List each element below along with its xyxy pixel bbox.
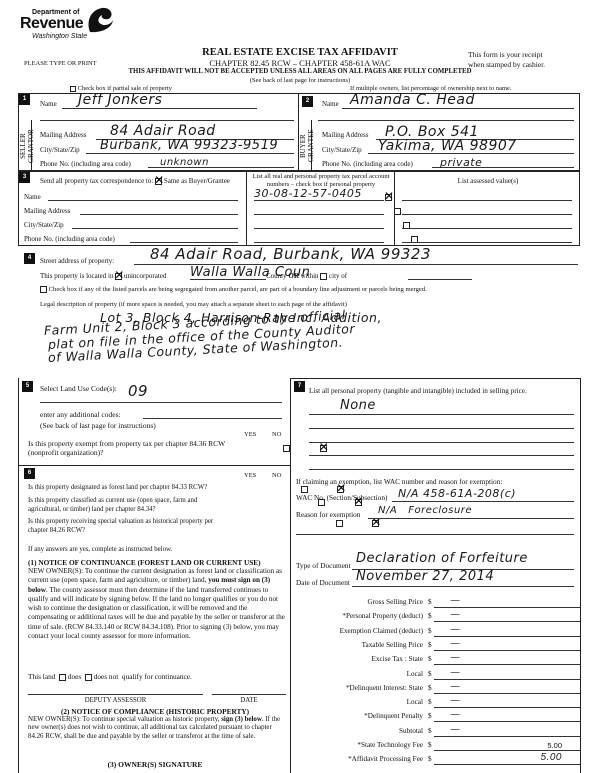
lower-left-border <box>18 378 19 773</box>
fee-row: Taxable Selling Price$— <box>300 641 580 653</box>
fee-value[interactable]: — <box>450 638 461 649</box>
wac-line <box>392 501 574 502</box>
buyer-phone-label: Phone No. (including area code) <box>322 160 413 168</box>
fee-input-line[interactable] <box>434 750 580 751</box>
buyer-phone-field[interactable]: private <box>440 156 482 169</box>
exemption-label: If claiming an exemption, list WAC numbe… <box>296 477 502 486</box>
fee-input-line[interactable] <box>434 636 580 637</box>
doc-type-label: Type of Document <box>296 561 351 570</box>
assessed-line-3[interactable] <box>402 228 572 229</box>
section-2-badge: 2 <box>302 96 313 107</box>
unincorporated-label: unincorporated <box>124 272 166 280</box>
dollar-sign: $ <box>428 670 432 678</box>
logo-line-2: Revenue <box>20 15 83 33</box>
form-title: REAL ESTATE EXCISE TAX AFFIDAVIT <box>150 47 450 58</box>
instructions-note: (See back of last page for instructions) <box>150 77 450 84</box>
fee-row: Gross Selling Price$— <box>300 598 580 610</box>
forest-no-checkbox[interactable] <box>337 486 344 493</box>
form-chapter: CHAPTER 82.45 RCW – CHAPTER 458-61A WAC <box>150 58 450 68</box>
doc-type-field[interactable]: Declaration of Forfeiture <box>356 551 528 566</box>
buyer-mailing-label: Mailing Address <box>322 131 368 139</box>
corr-phone-line[interactable] <box>130 242 238 243</box>
forest-yes-checkbox[interactable] <box>301 486 308 493</box>
notice-2-body: NEW OWNER(S): To continue special valuat… <box>28 716 286 741</box>
fee-label: Taxable Selling Price <box>362 641 423 649</box>
send-correspondence-label: Send all property tax correspondence to: <box>40 177 153 185</box>
deputy-assessor-label: DEPUTY ASSESSOR <box>28 697 203 704</box>
fee-label: Subtotal <box>399 727 423 735</box>
parcels-header: List all real and personal property tax … <box>248 173 394 188</box>
assessed-line-1[interactable] <box>402 200 572 201</box>
doc-date-field[interactable]: November 27, 2014 <box>356 569 494 584</box>
fee-value[interactable]: — <box>450 595 461 606</box>
section-4-badge: 4 <box>24 253 35 264</box>
fee-label: Gross Selling Price <box>368 598 424 606</box>
seller-name-label: Name <box>40 100 57 108</box>
or-label: OR <box>288 272 299 280</box>
forest-land-question: Is this property designated as forest la… <box>28 484 248 491</box>
fee-input-line[interactable] <box>434 693 580 694</box>
wac-field[interactable]: N/A 458-61A-208(c) <box>398 487 516 500</box>
fee-label: Excise Tax : State <box>372 655 423 663</box>
warning-banner: THIS AFFIDAVIT WILL NOT BE ACCEPTED UNLE… <box>40 68 560 75</box>
additional-codes-line[interactable] <box>143 418 282 419</box>
dollar-sign: $ <box>428 612 432 620</box>
receipt-note-1: This form is your receipt <box>468 50 543 59</box>
seller-city-field[interactable]: Burbank, WA 99323-9519 <box>100 138 278 153</box>
land-use-yes-header: YES <box>244 431 256 438</box>
fee-value[interactable]: — <box>450 609 461 620</box>
land-use-line <box>40 402 282 403</box>
segregated-row: Check box if any of the listed parcels a… <box>40 286 427 293</box>
dollar-sign: $ <box>428 741 432 749</box>
segregated-checkbox[interactable] <box>40 286 47 293</box>
dor-swirl-icon <box>84 6 114 34</box>
fee-row: *Personal Property (deduct)$— <box>300 612 580 624</box>
doc-date-line <box>352 586 574 587</box>
section-7-badge: 7 <box>294 381 305 392</box>
deputy-date-line[interactable] <box>212 694 286 695</box>
assessed-header: List assessed value(s) <box>396 177 580 185</box>
historic-no-checkbox[interactable] <box>372 520 379 527</box>
lower-top-rule <box>290 378 580 379</box>
fee-input-line[interactable] <box>434 736 580 737</box>
parcel-personal-checkbox-2[interactable] <box>394 208 401 215</box>
legal-description-label: Legal description of property (if more s… <box>40 301 347 308</box>
fee-input-line[interactable] <box>434 764 580 765</box>
seller-mailing-label: Mailing Address <box>40 131 86 139</box>
section-6-rule <box>18 465 290 466</box>
dollar-sign: $ <box>428 598 432 606</box>
section-6-badge: 6 <box>24 468 35 479</box>
designation-no-header: NO <box>272 472 281 479</box>
fee-input-line[interactable] <box>434 707 580 708</box>
fee-value[interactable]: — <box>450 681 461 692</box>
wac-label: WAC No. (Section/Subsection) <box>296 493 387 502</box>
fee-input-line[interactable] <box>434 621 580 622</box>
parcel-line-2[interactable] <box>254 214 384 215</box>
city-of-line[interactable] <box>408 279 472 280</box>
personal-property-line-1 <box>309 414 574 415</box>
partial-sale-checkbox-row: Check box if partial sale of property <box>70 85 172 92</box>
partial-sale-checkbox[interactable] <box>70 86 76 92</box>
notice-1-title: (1) NOTICE OF CONTINUANCE (FOREST LAND O… <box>28 558 261 567</box>
parcels-divider <box>246 171 247 246</box>
personal-property-line-3[interactable] <box>309 442 574 443</box>
dor-logo: Department of Revenue Washington State <box>20 6 110 46</box>
dollar-sign: $ <box>428 684 432 692</box>
fee-value[interactable]: 5.00 <box>547 741 562 750</box>
fee-row: Subtotal$— <box>300 727 580 739</box>
section-3-badge: 3 <box>19 172 30 183</box>
county-suffix-row: County OR within city of <box>266 272 347 280</box>
seller-phone-label: Phone No. (including area code) <box>40 160 131 168</box>
dollar-sign: $ <box>428 712 432 720</box>
fee-input-line[interactable] <box>434 679 580 680</box>
dollar-sign: $ <box>428 627 432 635</box>
exempt-question: Is this property exempt from property ta… <box>28 439 228 457</box>
current-use-question: Is this property classified as current u… <box>28 496 228 514</box>
continuance-row: This land does does not qualify for cont… <box>28 672 192 681</box>
does-not-qualify-checkbox[interactable] <box>85 674 92 681</box>
buyer-name-field[interactable]: Amanda C. Head <box>350 92 475 108</box>
personal-property-line-5[interactable] <box>309 469 574 470</box>
fee-row: Local$— <box>300 670 580 682</box>
lower-divider <box>290 378 291 773</box>
fee-value[interactable]: — <box>450 624 461 635</box>
city-of-label: city of <box>329 272 347 280</box>
doc-date-label: Date of Document <box>296 578 350 587</box>
fee-label: Local <box>407 698 423 706</box>
parcel-line-3[interactable] <box>254 228 384 229</box>
unincorporated-checkbox[interactable] <box>115 273 122 280</box>
fee-row: Local$— <box>300 698 580 710</box>
fee-value[interactable]: 5.00 <box>541 752 562 763</box>
dollar-sign: $ <box>428 698 432 706</box>
buyer-city-field[interactable]: Yakima, WA 98907 <box>378 138 517 154</box>
buyer-name-label: Name <box>322 100 339 108</box>
same-as-buyer-checkbox[interactable] <box>155 178 162 185</box>
fee-row: Excise Tax : State$— <box>300 655 580 667</box>
seller-name-field[interactable]: Jeff Jonkers <box>78 92 162 108</box>
corr-city-line[interactable] <box>72 228 238 229</box>
fee-input-line[interactable] <box>434 664 580 665</box>
notice-1-body: NEW OWNER(S): To continue the current de… <box>28 567 286 641</box>
section-5-badge: 5 <box>22 381 33 392</box>
corr-city-label: City/State/Zip <box>24 221 64 229</box>
fee-row: *Delinquent Penalty$— <box>300 712 580 724</box>
lower-right-border <box>580 378 581 773</box>
fee-input-line[interactable] <box>434 650 580 651</box>
county-suffix: County <box>266 272 287 280</box>
seller-city-label: City/State/Zip <box>40 146 80 154</box>
buyer-name-line <box>342 108 574 109</box>
deputy-date-label: DATE <box>212 697 286 704</box>
fee-label: *Delinquent Interest: State <box>346 684 423 692</box>
reason-line-2[interactable] <box>296 534 574 535</box>
type-or-print-note: PLEASE TYPE OR PRINT <box>24 60 97 67</box>
does-not-label: does not <box>94 672 119 681</box>
buyer-city-label: City/State/Zip <box>322 146 362 154</box>
fee-label: *Delinquent Penalty <box>364 712 423 720</box>
dollar-sign: $ <box>428 641 432 649</box>
fee-row: *State Technology Fee$5.00 <box>300 741 580 753</box>
notice-2-title: (2) NOTICE OF COMPLIANCE (HISTORIC PROPE… <box>24 707 286 716</box>
fee-row: Exemption Claimed (deduct)$— <box>300 627 580 639</box>
multiple-owners-note: If multiple owners, list percentage of o… <box>350 85 512 92</box>
land-use-label: Select Land Use Code(s): <box>40 384 117 393</box>
buyer-name-line-2 <box>318 120 574 121</box>
exempt-yes-checkbox[interactable] <box>283 445 290 452</box>
fee-input-line[interactable] <box>434 607 580 608</box>
dollar-sign: $ <box>428 727 432 735</box>
fee-value[interactable]: — <box>450 652 461 663</box>
fee-label: *Personal Property (deduct) <box>342 612 423 620</box>
partial-sale-label: Check box if partial sale of property <box>78 85 172 92</box>
fee-input-line[interactable] <box>434 721 580 722</box>
same-as-buyer-label: Same as Buyer/Grantee <box>164 177 230 185</box>
street-field[interactable]: 84 Adair Road, Burbank, WA 99323 <box>150 245 431 263</box>
logo-line-3: Washington State <box>32 33 87 40</box>
section-1-badge: 1 <box>19 94 30 105</box>
land-use-see-back: (See back of last page for instructions) <box>40 421 156 430</box>
corr-name-line[interactable] <box>48 200 238 201</box>
within-label: within <box>301 272 319 280</box>
personal-property-label: List all personal property (tangible and… <box>309 384 569 398</box>
qualify-label: qualify for continuance. <box>122 672 192 681</box>
parcel-personal-checkbox-1[interactable] <box>385 194 392 201</box>
seller-phone-field[interactable]: unknown <box>160 157 209 168</box>
reason-field[interactable]: N/A Foreclosure <box>378 505 472 516</box>
assessed-line-4[interactable] <box>402 242 572 243</box>
fee-row: *Delinquent Interest: State$— <box>300 684 580 696</box>
seller-city-line <box>86 153 294 154</box>
corr-phone-label: Phone No. (including area code) <box>24 235 115 243</box>
designation-yes-header: YES <box>244 472 256 479</box>
seller-side-label: SELLERGRANTOR <box>19 124 35 168</box>
fee-label: *State Technology Fee <box>357 741 423 749</box>
dollar-sign: $ <box>428 755 432 763</box>
fee-row: *Affidavit Processing Fee$5.00 <box>300 755 580 767</box>
reason-line <box>368 518 574 519</box>
seller-name-line <box>62 108 257 109</box>
parcel-line-1 <box>254 200 384 201</box>
if-yes-note: If any answers are yes, complete as inst… <box>28 546 172 553</box>
seller-mailing-field[interactable]: 84 Adair Road <box>110 123 216 139</box>
this-land-label: This land <box>28 672 55 681</box>
corr-mailing-label: Mailing Address <box>24 207 70 215</box>
dollar-sign: $ <box>428 655 432 663</box>
exempt-no-checkbox[interactable] <box>320 445 327 452</box>
deputy-signature-line[interactable] <box>28 694 203 695</box>
land-use-code-field[interactable]: 09 <box>128 382 148 400</box>
additional-codes-label: enter any additional codes: <box>40 410 121 419</box>
corr-name-label: Name <box>24 193 41 201</box>
seller-name-line-2 <box>40 120 294 121</box>
located-row: This property is located in unincorporat… <box>40 272 166 280</box>
parcel-line-4[interactable] <box>254 242 384 243</box>
land-use-no-header: NO <box>272 431 281 438</box>
corr-mailing-line[interactable] <box>80 214 238 215</box>
historic-yes-checkbox[interactable] <box>336 520 343 527</box>
does-label: does <box>68 672 81 681</box>
owner-signature-title: (3) OWNER(S) SIGNATURE <box>24 760 286 769</box>
historic-question: Is this property receiving special valua… <box>28 517 228 535</box>
personal-property-line-2[interactable] <box>309 428 574 429</box>
does-qualify-checkbox[interactable] <box>59 674 66 681</box>
buyer-side-label: BUYERGRANTEE <box>299 124 315 168</box>
personal-property-line-4[interactable] <box>309 455 574 456</box>
fee-value[interactable]: — <box>450 695 461 706</box>
located-label: This property is located in <box>40 272 113 280</box>
segregated-label: Check box if any of the listed parcels a… <box>49 286 427 293</box>
fee-label: Exemption Claimed (deduct) <box>340 627 423 635</box>
city-of-checkbox[interactable] <box>320 273 327 280</box>
street-label: Street address of property: <box>40 257 114 265</box>
fee-value[interactable]: — <box>450 667 461 678</box>
fee-value[interactable]: — <box>450 724 461 735</box>
personal-property-field[interactable]: None <box>340 398 376 413</box>
assessed-line-2[interactable] <box>402 214 572 215</box>
fee-label: Local <box>407 670 423 678</box>
reason-label: Reason for exemption <box>296 510 360 519</box>
fee-value[interactable]: — <box>450 709 461 720</box>
parcel-number-1[interactable]: 30-08-12-57-0405 <box>254 187 362 200</box>
fee-label: *Affidavit Processing Fee <box>348 755 423 763</box>
send-correspondence-row: Send all property tax correspondence to:… <box>40 177 230 185</box>
